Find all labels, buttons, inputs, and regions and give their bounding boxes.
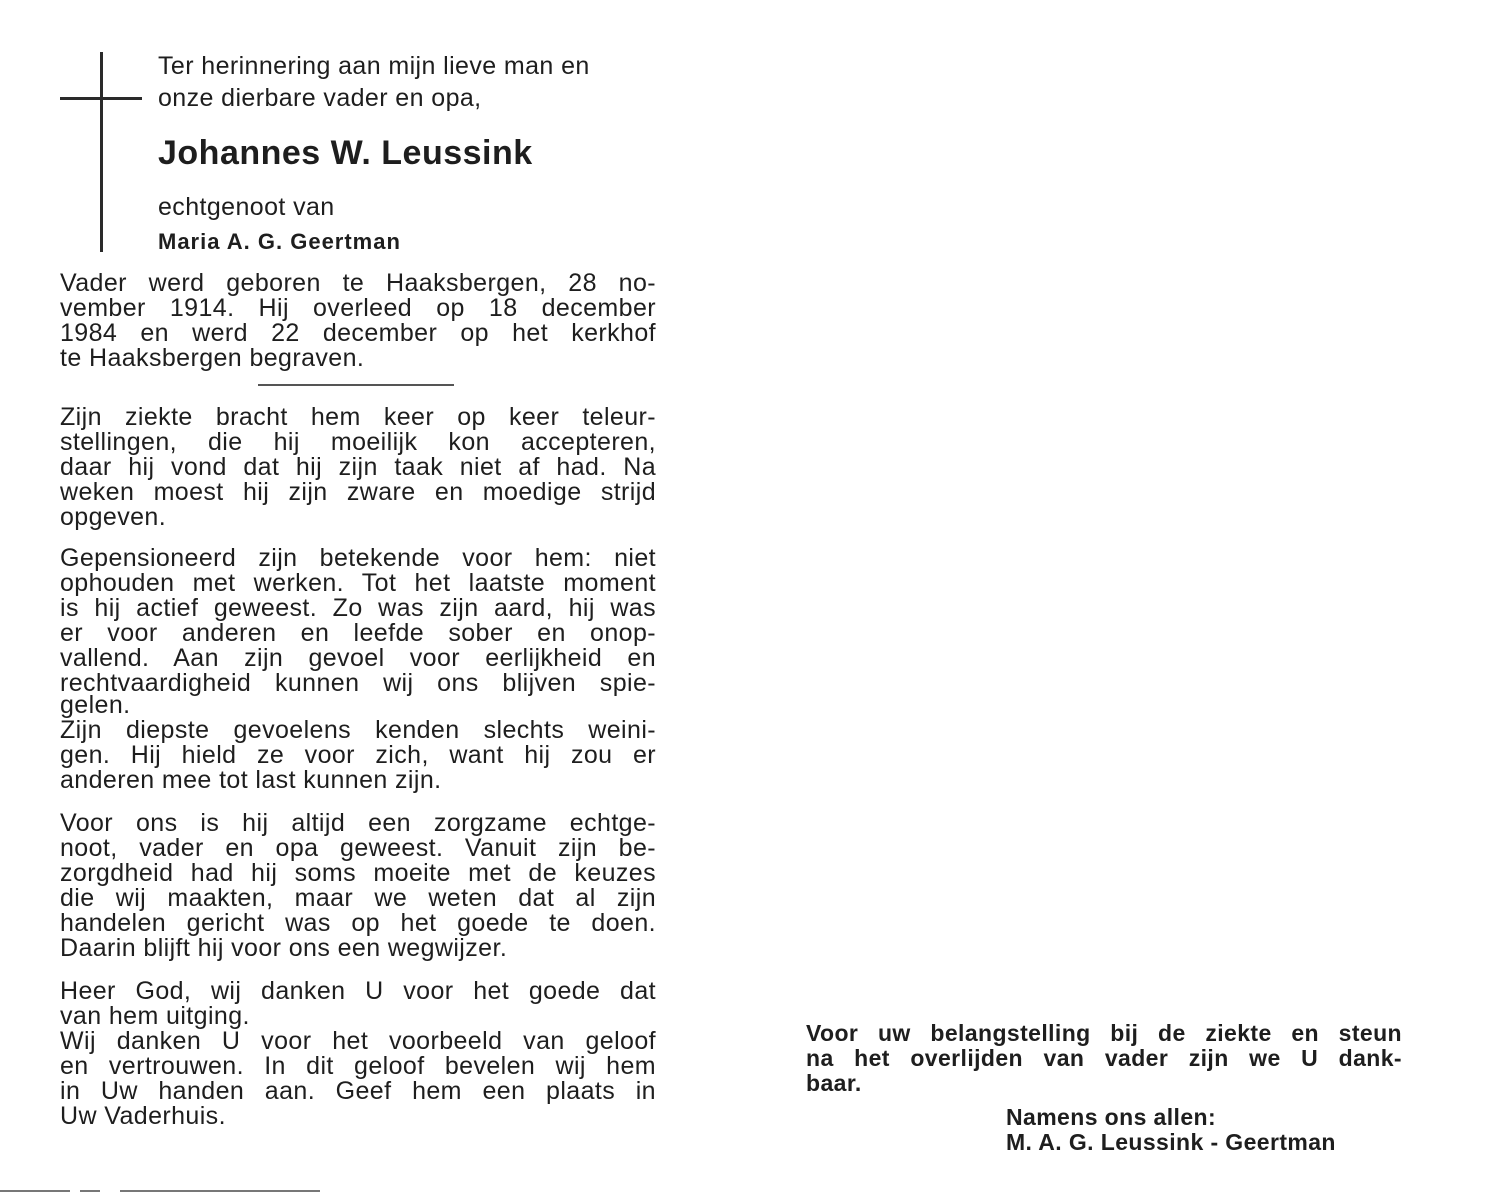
cross-icon-horizontal	[60, 97, 142, 100]
signature: M. A. G. Leussink - Geertman	[1006, 1130, 1336, 1155]
text-line: er voor anderen en leefde sober en onop-	[60, 621, 656, 646]
text-line: Gepensioneerd zijn betekende voor hem: n…	[60, 546, 656, 571]
text-line: weken moest hij zijn zware en moedige st…	[60, 480, 656, 505]
text-line: is hij actief geweest. Zo was zijn aard,…	[60, 596, 656, 621]
deceased-name: Johannes W. Leussink	[158, 136, 533, 170]
thanks-line: na het overlijden van vader zijn we U da…	[806, 1046, 1402, 1071]
bio-line: 1984 en werd 22 december op het kerkhof	[60, 321, 656, 346]
text-line: Voor ons is hij altijd een zorgzame echt…	[60, 811, 656, 836]
intro-line: onze dierbare vader en opa,	[158, 86, 482, 111]
edge-line	[120, 1190, 320, 1192]
text-line: Zijn diepste gevoelens kenden slechts we…	[60, 718, 656, 743]
text-line: opgeven.	[60, 505, 656, 530]
intro-line: Ter herinnering aan mijn lieve man en	[158, 54, 590, 79]
text-line: die wij maakten, maar we weten dat al zi…	[60, 886, 656, 911]
bio-line: te Haaksbergen begraven.	[60, 346, 656, 371]
text-line: Uw Vaderhuis.	[60, 1104, 656, 1129]
text-line: daar hij vond dat hij zijn taak niet af …	[60, 455, 656, 480]
text-line: ophouden met werken. Tot het laatste mom…	[60, 571, 656, 596]
edge-line	[0, 1190, 70, 1192]
divider	[258, 384, 454, 386]
text-line: vallend. Aan zijn gevoel voor eerlijkhei…	[60, 646, 656, 671]
edge-line	[80, 1190, 100, 1192]
text-line: van hem uitging.	[60, 1004, 656, 1029]
bio-line: Vader werd geboren te Haaksbergen, 28 no…	[60, 271, 656, 296]
text-line: noot, vader en opa geweest. Vanuit zijn …	[60, 836, 656, 861]
thanks-line: Voor uw belangstelling bij de ziekte en …	[806, 1021, 1402, 1046]
spouse-label: echtgenoot van	[158, 195, 335, 220]
signoff: Namens ons allen:	[1006, 1105, 1216, 1130]
text-line: Zijn ziekte bracht hem keer op keer tele…	[60, 405, 656, 430]
text-line: Wij danken U voor het voorbeeld van gelo…	[60, 1029, 656, 1054]
spouse-name: Maria A. G. Geertman	[158, 229, 401, 254]
text-line: anderen mee tot last kunnen zijn.	[60, 768, 656, 793]
cross-icon-vertical	[100, 52, 103, 252]
text-line: in Uw handen aan. Geef hem een plaats in	[60, 1079, 656, 1104]
text-line: gen. Hij hield ze voor zich, want hij zo…	[60, 743, 656, 768]
thanks-line: baar.	[806, 1071, 1402, 1096]
text-line: stellingen, die hij moeilijk kon accepte…	[60, 430, 656, 455]
text-line: zorgdheid had hij soms moeite met de keu…	[60, 861, 656, 886]
text-line: handelen gericht was op het goede te doe…	[60, 911, 656, 936]
text-line: gelen.	[60, 693, 656, 718]
text-line: en vertrouwen. In dit geloof bevelen wij…	[60, 1054, 656, 1079]
text-line: Daarin blijft hij voor ons een wegwijzer…	[60, 936, 656, 961]
bio-line: vember 1914. Hij overleed op 18 december	[60, 296, 656, 321]
text-line: Heer God, wij danken U voor het goede da…	[60, 979, 656, 1004]
